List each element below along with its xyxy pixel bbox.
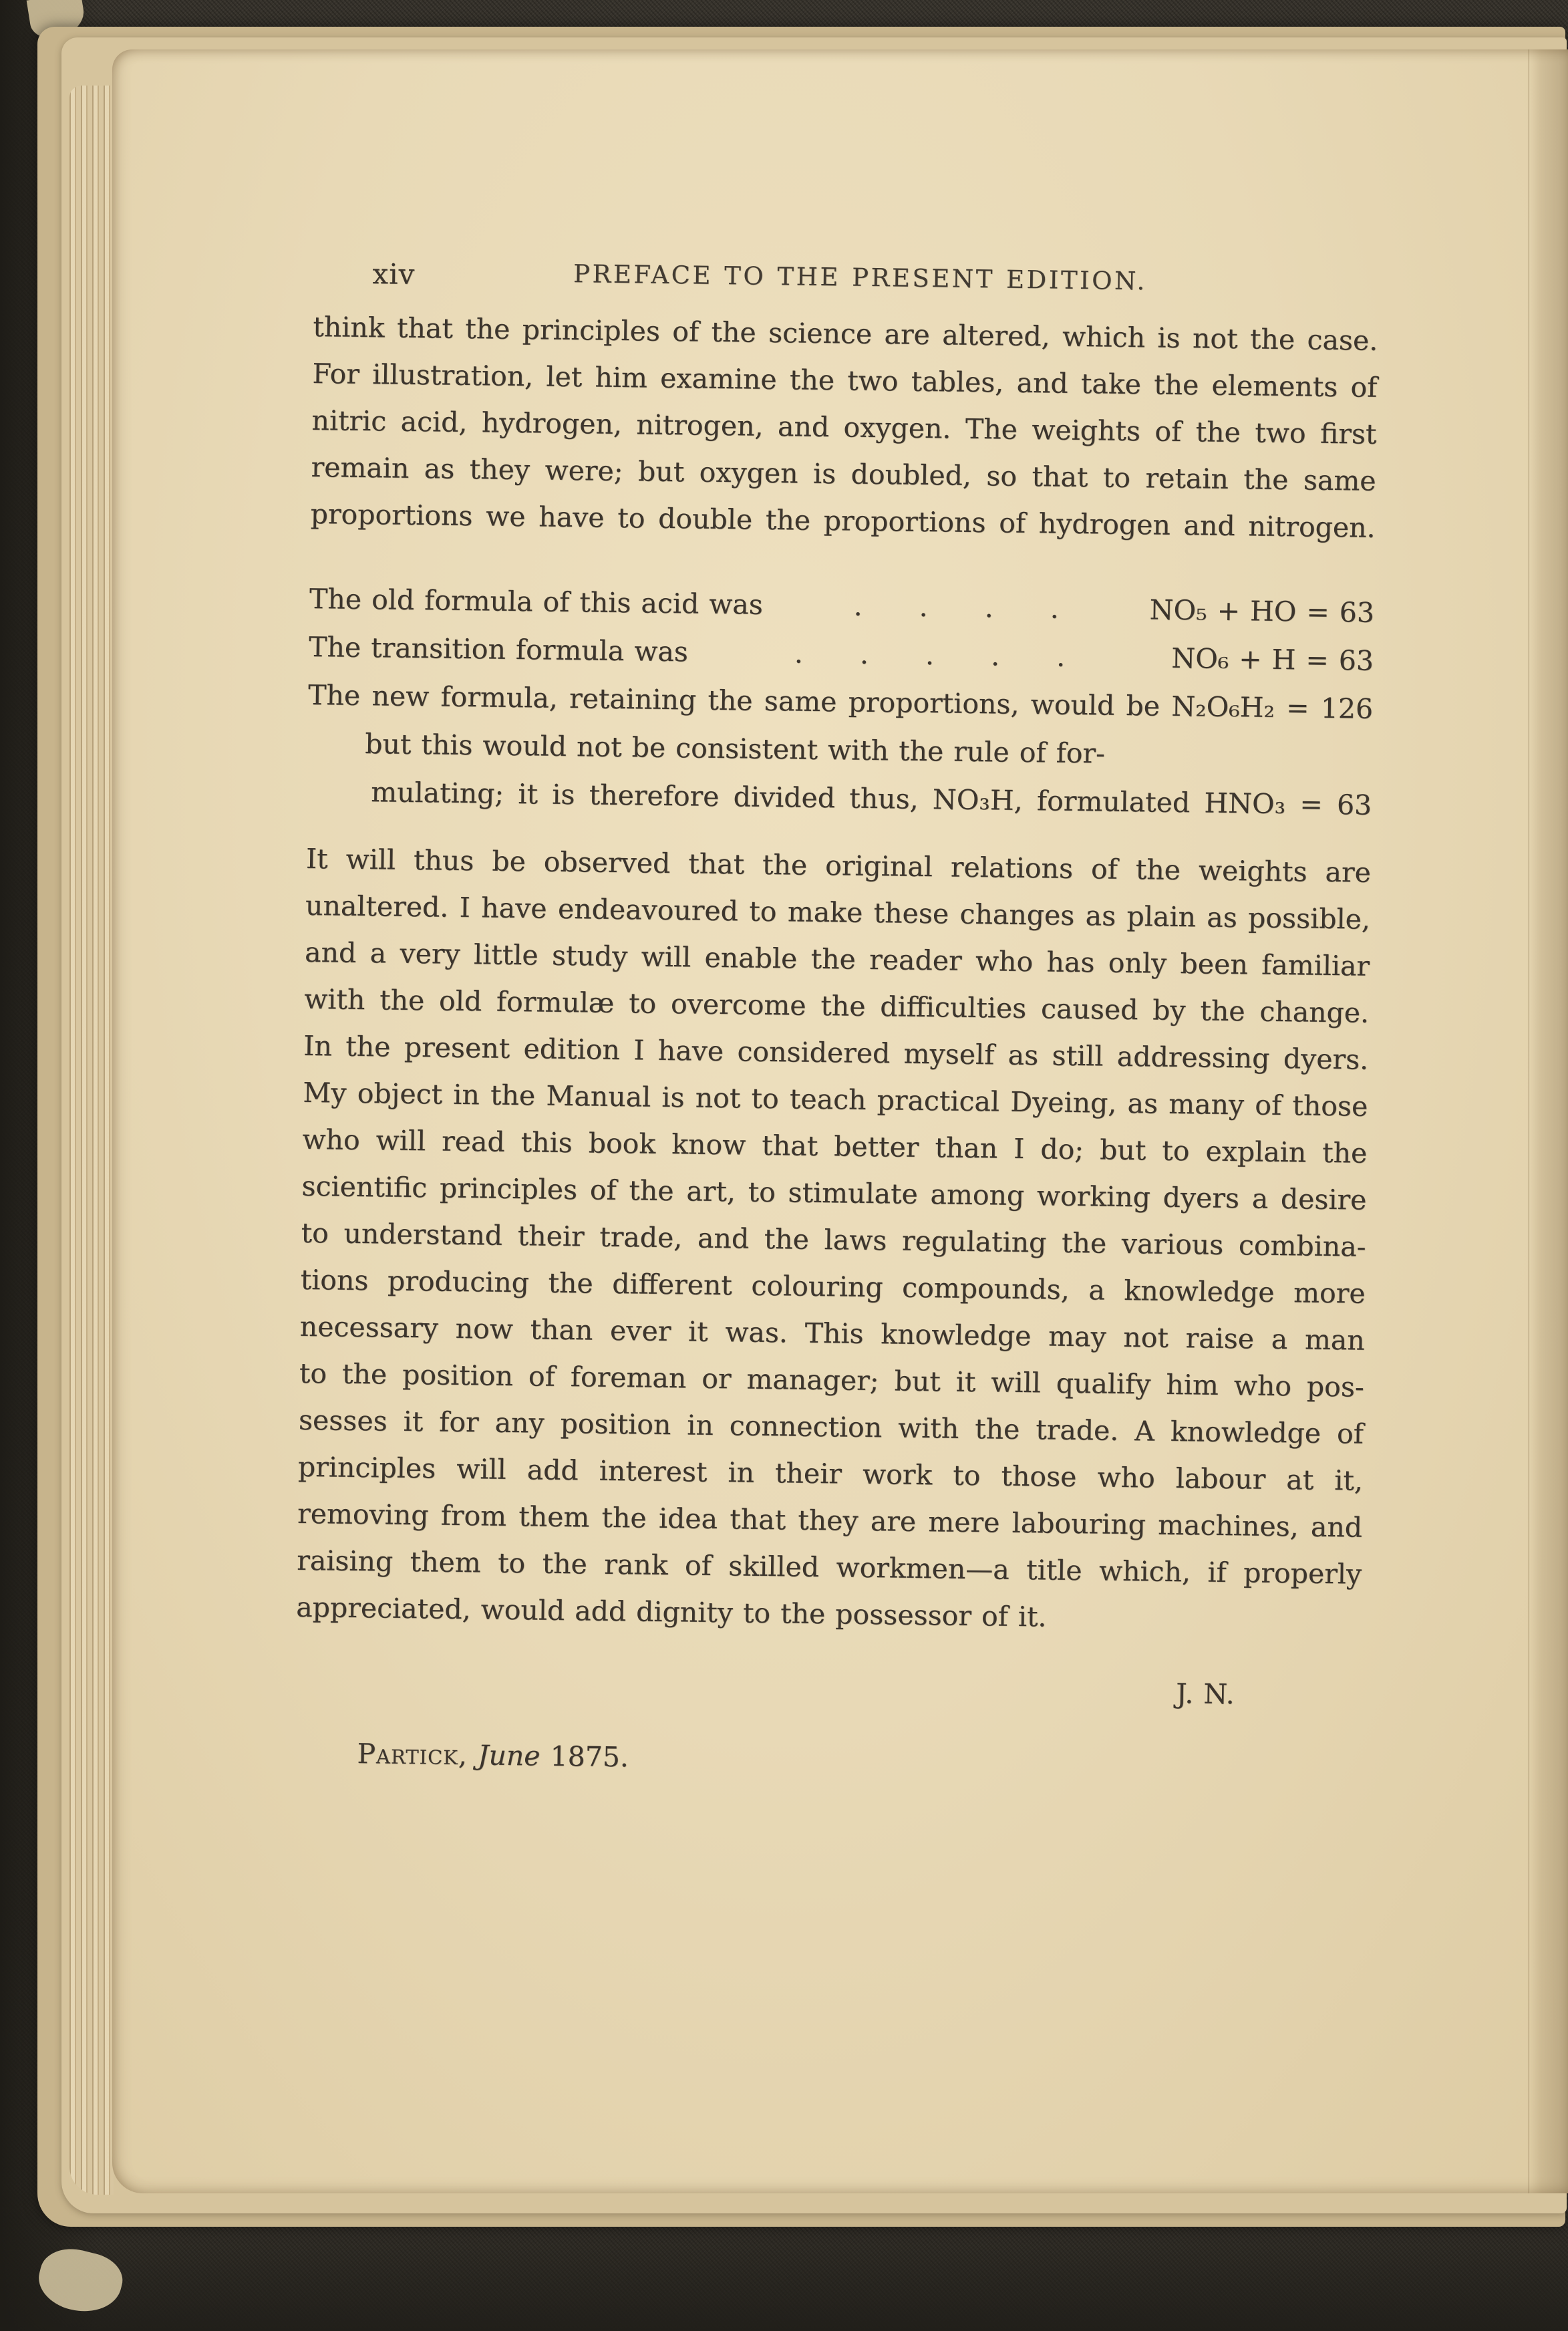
dateline-year: 1875.	[540, 1740, 629, 1774]
page-text-area: xiv PREFACE TO THE PRESENT EDITION. thin…	[294, 247, 1379, 1790]
signature-initials: J. N.	[295, 1659, 1360, 1720]
formula-value: NO₅ + HO = 63	[1149, 585, 1374, 636]
scanned-book-photo: { "book_page": { "folio": "xiv", "runnin…	[0, 0, 1568, 2331]
preface-paragraph-1: think that the principles of the science…	[310, 303, 1378, 551]
formula-dot-leaders: . . . .	[762, 581, 1150, 634]
formula-block: The old formula of this acid was . . . .…	[307, 575, 1375, 829]
dateline-place: Partick,	[357, 1738, 468, 1771]
formula-dot-leaders: . . . . .	[687, 628, 1171, 682]
formula-value: NO₆ + H = 63	[1171, 634, 1374, 685]
running-head: PREFACE TO THE PRESENT EDITION.	[313, 247, 1379, 308]
cover-wear-patch	[33, 2241, 128, 2320]
book-page: xiv PREFACE TO THE PRESENT EDITION. thin…	[112, 49, 1568, 2193]
dateline: Partick, June 1875.	[294, 1730, 1360, 1790]
formula-label: The transition formula was	[309, 623, 689, 676]
dateline-month: June	[478, 1739, 540, 1772]
folio-number: xiv	[372, 251, 416, 298]
page-stack-creases	[69, 86, 114, 2195]
formula-label: The old formula of this acid was	[309, 575, 764, 629]
page-header: xiv PREFACE TO THE PRESENT EDITION.	[313, 247, 1379, 299]
page-gutter-shadow	[1529, 49, 1568, 2193]
preface-paragraph-2: It will thus be observed that the origin…	[296, 835, 1371, 1645]
